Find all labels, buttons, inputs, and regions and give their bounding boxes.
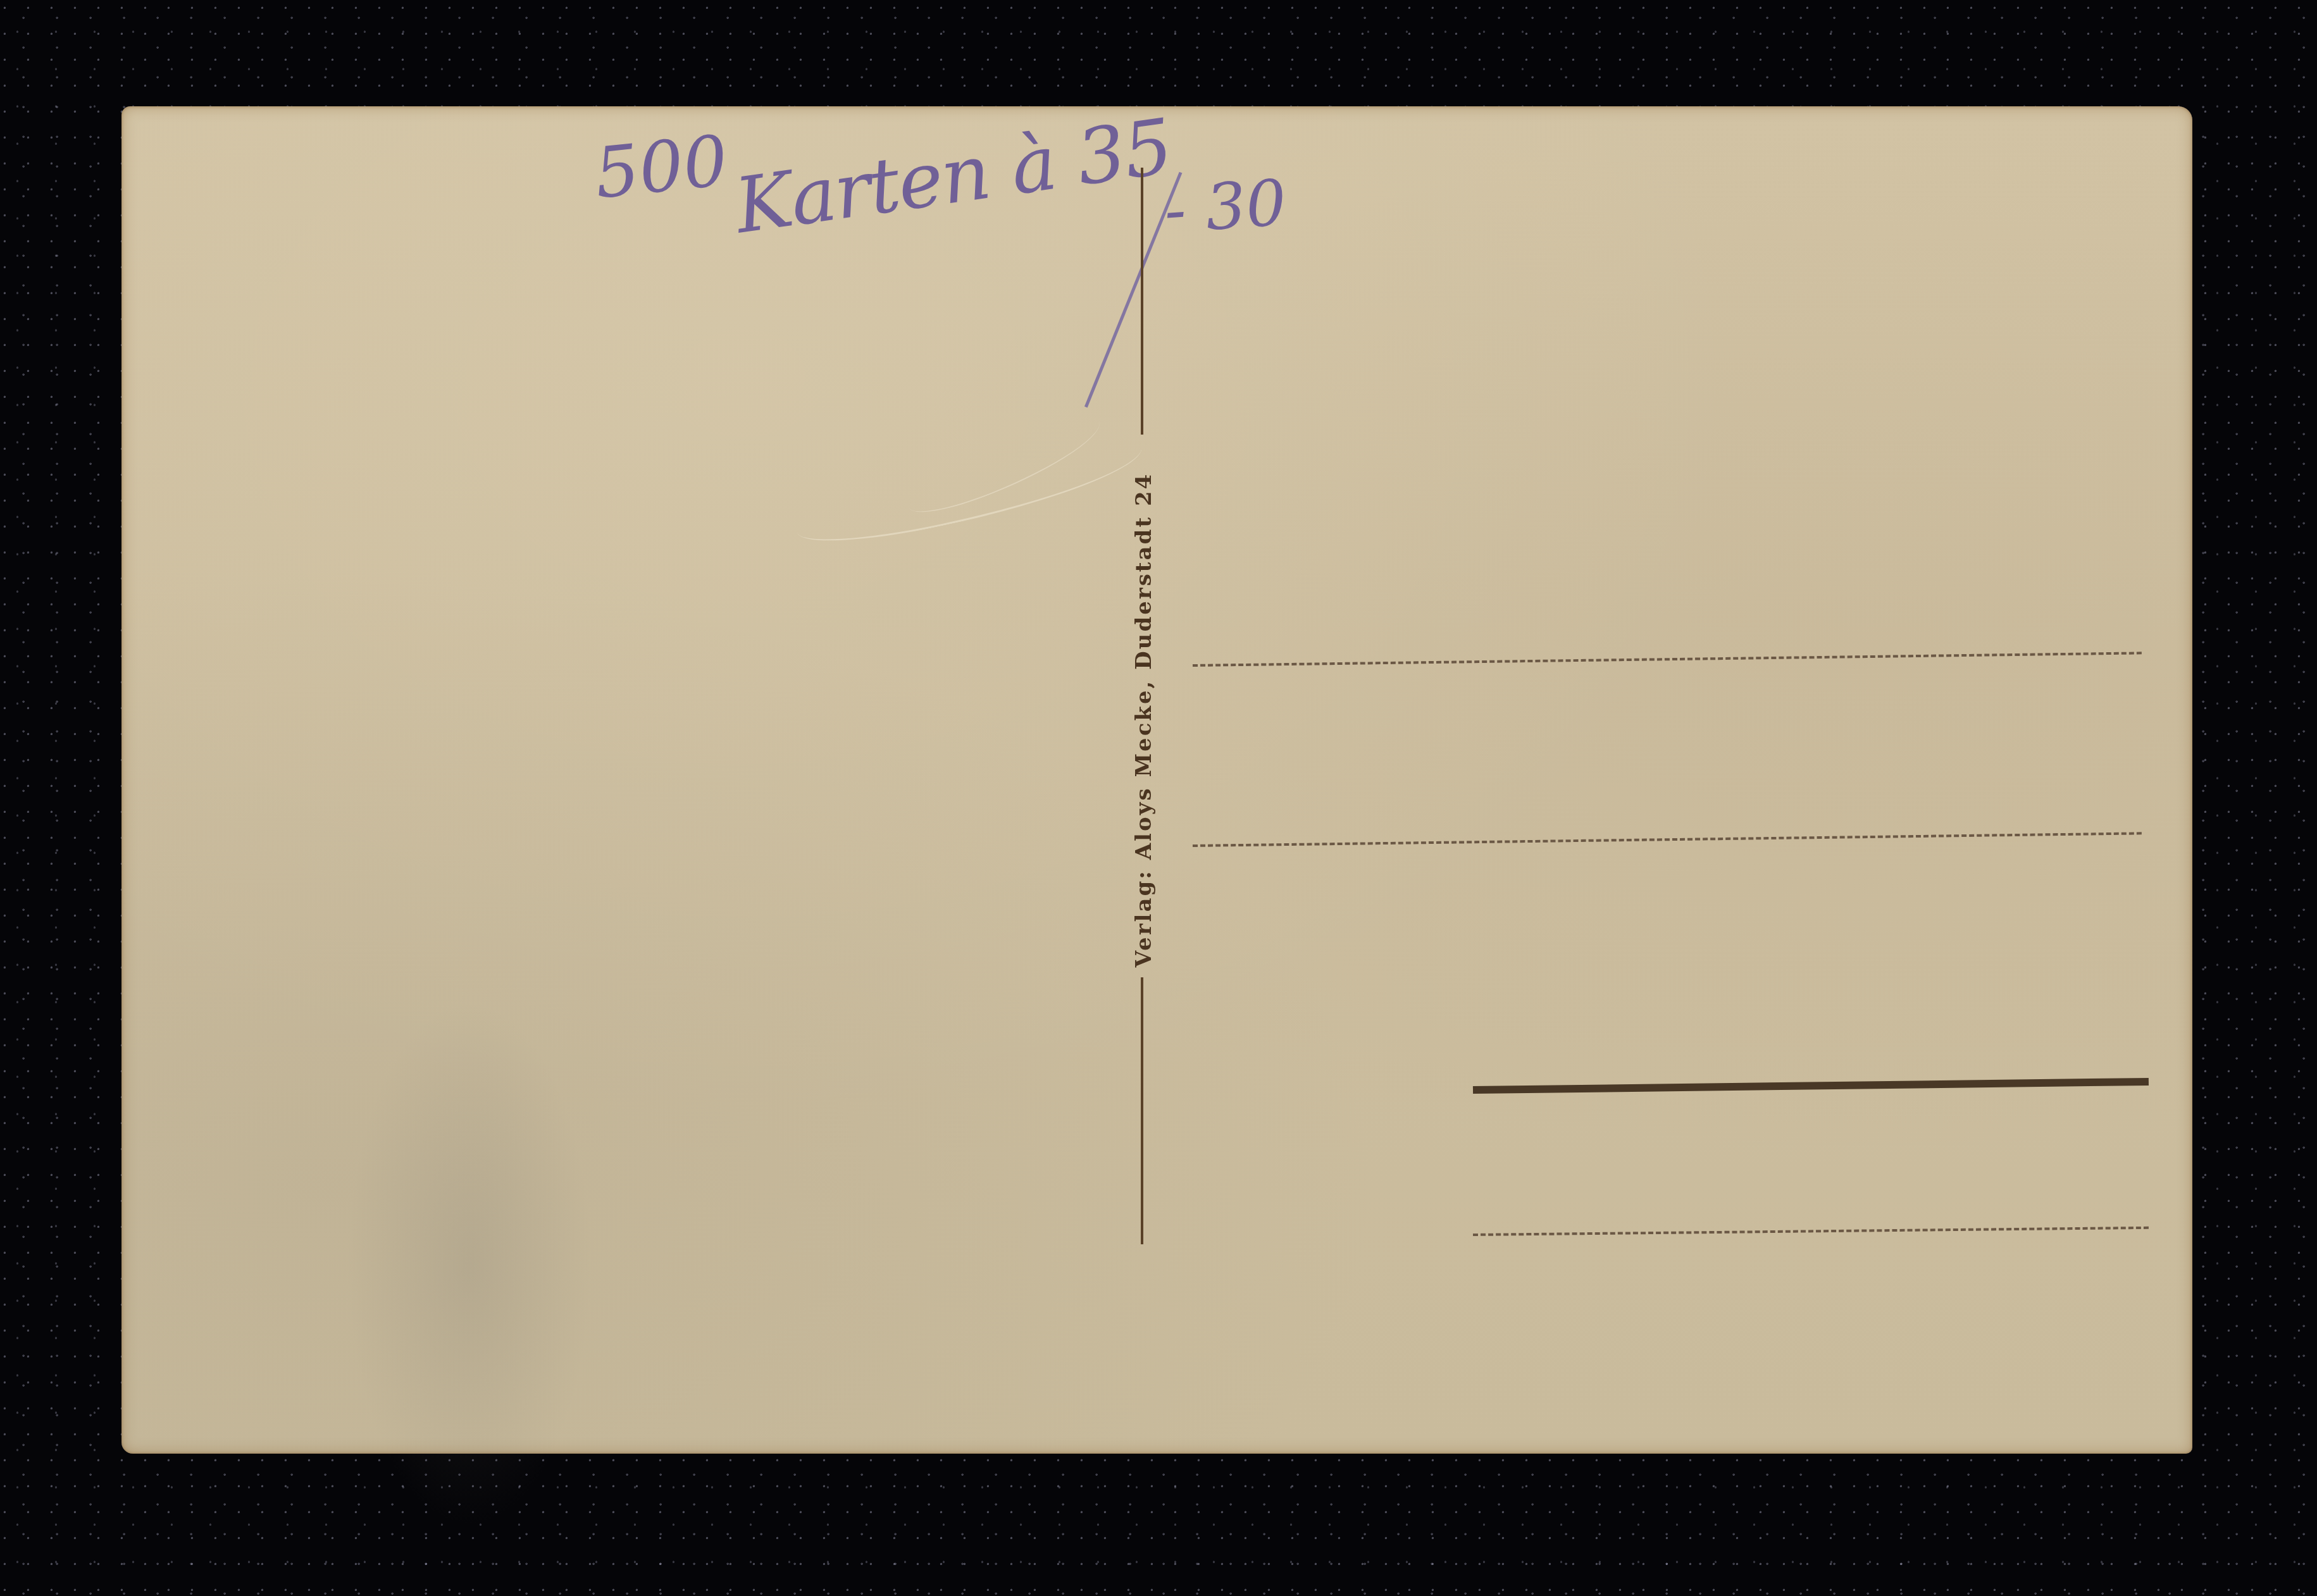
handwritten-quantity: 500 [591, 120, 731, 214]
pencil-smudge [337, 979, 602, 1549]
publisher-imprint: Verlag: Aloys Mecke, Duderstadt 24 [1131, 473, 1157, 967]
center-divider-top [1141, 168, 1143, 435]
center-divider-bottom [1141, 977, 1143, 1244]
postcard [121, 106, 2192, 1454]
handwritten-price: - 30 [1162, 165, 1289, 247]
